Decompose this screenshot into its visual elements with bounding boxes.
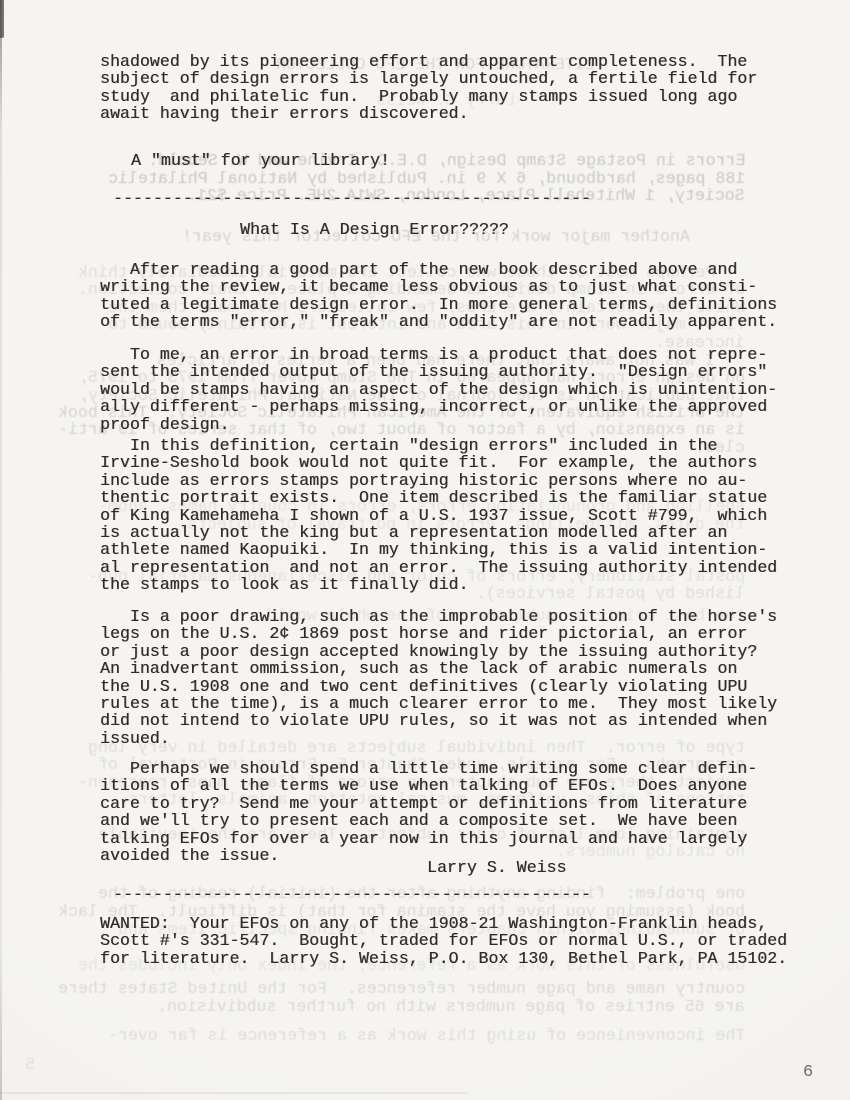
scanned-document-page: LITERATURE FOR THE EFO COLLECTORLarry S.… [0,0,850,1100]
paragraph-after-reading: After reading a good part of the new boo… [100,261,777,331]
wanted-ad: WANTED: Your EFOs on any of the 1908-21 … [100,915,787,967]
dashed-divider: ----------------------------------------… [113,886,591,903]
dashed-divider: ----------------------------------------… [113,190,591,207]
paragraph-continuation: shadowed by its pioneering effort and ap… [100,53,757,123]
typewritten-text-layer: shadowed by its pioneering effort and ap… [0,0,850,1100]
library-note-line: A "must" for your library! [131,152,390,169]
paragraph-in-this-definition: In this definition, certain "design erro… [100,437,777,594]
paragraph-poor-drawing: Is a poor drawing, such as the improbabl… [100,608,777,747]
scan-edge-bottom [0,1092,468,1094]
signature: Larry S. Weiss [427,859,566,876]
paragraph-perhaps: Perhaps we should spend a little time wr… [100,760,757,864]
scan-corner-mark [0,0,4,38]
paragraph-to-me: To me, an error in broad terms is a prod… [100,346,777,433]
page-number: 6 [803,1064,813,1081]
scan-edge-left [0,0,2,1100]
section-heading: What Is A Design Error????? [240,221,509,238]
